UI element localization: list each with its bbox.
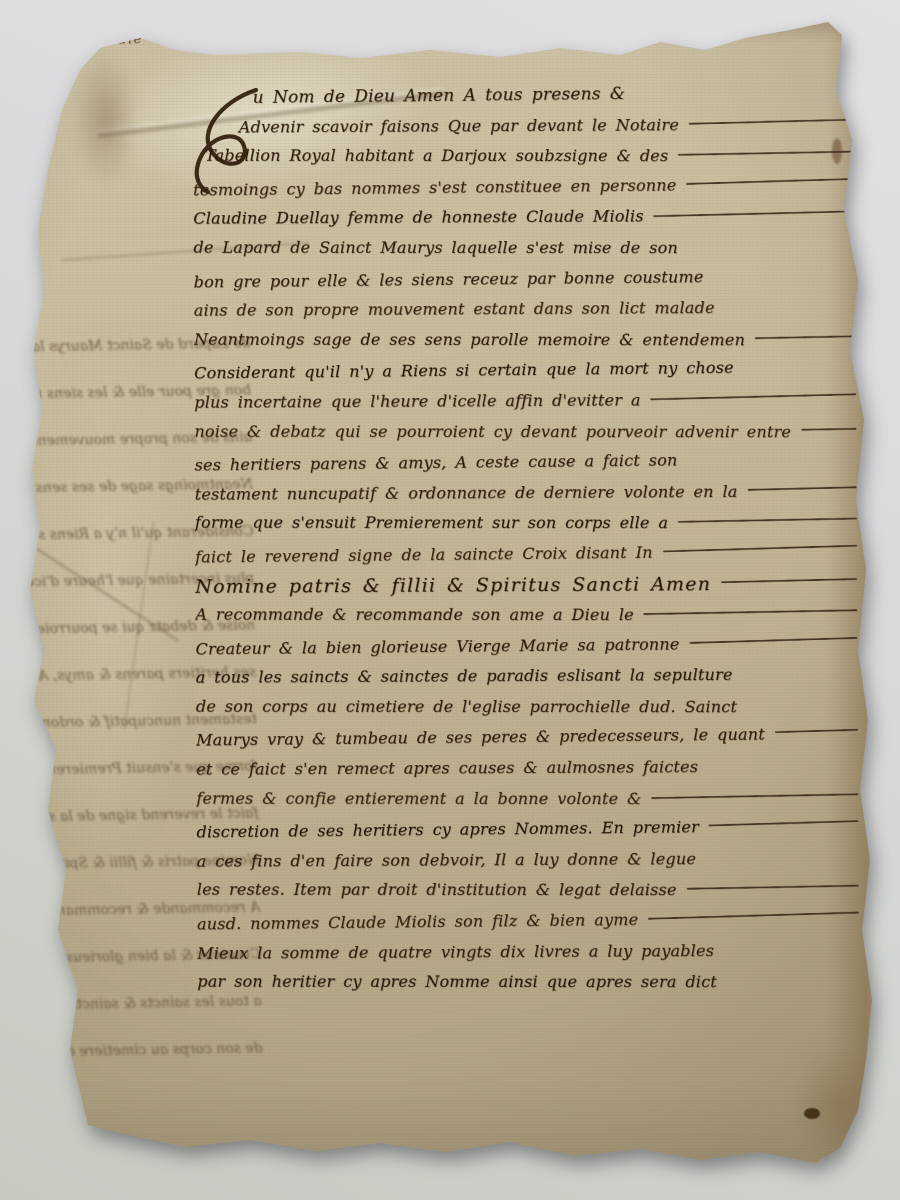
manuscript-line: Advenir scavoir faisons Que par devant l… [193,109,858,143]
manuscript-line: par son heritier cy apres Nomme ainsi qu… [197,967,862,998]
browned-corner [790,1040,880,1170]
manuscript-line: Tabellion Royal habitant a Darjoux soubz… [193,141,858,172]
edge-shading [60,20,860,42]
manuscript-line: Neantmoings sage de ses sens parolle mem… [194,324,859,355]
manuscript-line-text: a ces fins d'en faire son debvoir, Il a … [197,844,697,877]
line-filler-stroke [663,545,857,553]
manuscript-line: a tous les saincts & sainctes de paradis… [196,660,861,694]
crease-line [31,545,179,643]
manuscript-line: noise & debatz qui se pourroient cy deva… [194,416,859,447]
line-filler-stroke [644,610,858,616]
manuscript-line: Mieux la somme de quatre vingts dix livr… [197,935,862,969]
archival-annotation: ex pedie aud. huittier et Salat Claudine… [70,19,500,50]
manuscript-line-text: u Nom de Dieu Amen A tous presens & [253,79,626,113]
photograph-of-manuscript: de Lapard de Sainct Maurys laquelle s'es… [0,0,900,1200]
line-filler-stroke [678,151,855,156]
manuscript-line-text: Claudine Duellay femme de honneste Claud… [193,202,644,235]
manuscript-line: et ce faict s'en remect apres causes & a… [196,751,861,785]
line-filler-stroke [686,178,855,185]
manuscript-line-text: testament nuncupatif & ordonnance de der… [195,477,738,510]
manuscript-line-text: Tabellion Royal habitant a Darjoux soubz… [205,141,668,172]
manuscript-line-text: noise & debatz qui se pourroient cy deva… [194,416,791,447]
line-filler-stroke [654,210,856,217]
stain [28,340,188,860]
manuscript-line-text: A recommande & recommande son ame a Dieu… [195,600,634,631]
manuscript-line-text: a tous les saincts & sainctes de paradis… [196,660,733,693]
line-filler-stroke [678,518,857,523]
manuscript-line-text: Neantmoings sage de ses sens parolle mem… [194,324,745,355]
line-filler-stroke [721,578,857,583]
manuscript-line: les restes. Item par droit d'institution… [197,875,862,906]
line-filler-stroke [689,119,855,125]
manuscript-paper-sheet: de Lapard de Sainct Maurys laquelle s'es… [0,0,900,1200]
manuscript-line: fermes & confie entierement a la bonne v… [196,783,861,814]
line-filler-stroke [775,730,858,734]
manuscript-line-text: et ce faict s'en remect apres causes & a… [196,752,698,785]
manuscript-line: a ces fins d'en faire son debvoir, Il a … [197,843,862,877]
manuscript-line-text: les restes. Item par droit d'institution… [197,875,677,906]
manuscript-line-text: Maurys vray & tumbeau de ses peres & pre… [196,720,765,757]
line-filler-stroke [687,885,859,890]
line-filler-stroke [755,335,856,339]
manuscript-line: forme que s'ensuit Premierement sur son … [195,508,860,539]
manuscript-line: Claudine Duellay femme de honneste Claud… [193,201,858,235]
manuscript-line-text: ausd. nommes Claude Miolis son filz & bi… [197,905,639,940]
manuscript-line-text: Considerant qu'il n'y a Riens si certain… [194,353,734,389]
bleedthrough-line: de son corps au cimetiere de l'eglise pa… [28,1033,264,1084]
stain [74,55,138,185]
manuscript-line-text: ses heritiers parens & amys, A ceste cau… [194,446,677,482]
manuscript-line-text: Nomine patris & fillii & Spiritus Sancti… [195,569,711,602]
manuscript-line-text: tesmoings cy bas nommes s'est constituee… [193,170,677,206]
manuscript-line-text: de son corps au cimetiere de l'eglise pa… [196,692,737,723]
line-filler-stroke [689,637,857,644]
crease-line [123,521,154,729]
line-filler-stroke [709,821,859,827]
paper-shadow-wrap: de Lapard de Sainct Maurys laquelle s'es… [0,0,900,1200]
line-filler-stroke [651,793,858,799]
manuscript-text: u Nom de Dieu Amen A tous presens &Adven… [193,78,863,1011]
manuscript-line-text: Createur & la bien glorieuse Vierge Mari… [195,629,679,665]
manuscript-line-text: ains de son propre mouvement estant dans… [194,293,715,326]
line-filler-stroke [648,912,859,920]
edge-shading [0,1085,900,1175]
manuscript-line-text: de Lapard de Sainct Maurys laquelle s'es… [193,233,678,264]
manuscript-line-text: discretion de ses heritiers cy apres Nom… [196,812,699,848]
line-filler-stroke [801,428,856,431]
manuscript-line: A recommande & recommande son ame a Dieu… [195,600,860,631]
manuscript-line-text: Mieux la somme de quatre vingts dix livr… [197,936,714,969]
manuscript-line-text: faict le reverend signe de la saincte Cr… [195,538,653,573]
manuscript-line: testament nuncupatif & ordonnance de der… [195,476,860,510]
manuscript-line-text: forme que s'ensuit Premierement sur son … [195,508,668,539]
manuscript-line-text: plus incertaine que l'heure d'icelle aff… [194,385,640,418]
ink-fleck [804,1108,820,1119]
manuscript-line: ains de son propre mouvement estant dans… [194,292,859,326]
manuscript-line: plus incertaine que l'heure d'icelle aff… [194,384,859,418]
manuscript-line-text: fermes & confie entierement a la bonne v… [196,783,641,814]
manuscript-line: de Lapard de Sainct Maurys laquelle s'es… [193,233,858,264]
manuscript-line-text: par son heritier cy apres Nomme ainsi qu… [197,967,717,998]
line-filler-stroke [651,394,857,401]
manuscript-line: Nomine patris & fillii & Spiritus Sancti… [195,568,860,602]
manuscript-line-text: Advenir scavoir faisons Que par devant l… [239,110,679,143]
line-filler-stroke [747,486,856,491]
manuscript-line-text: bon gre pour elle & les siens receuz par… [193,262,703,298]
manuscript-line: de son corps au cimetiere de l'eglise pa… [196,692,861,723]
